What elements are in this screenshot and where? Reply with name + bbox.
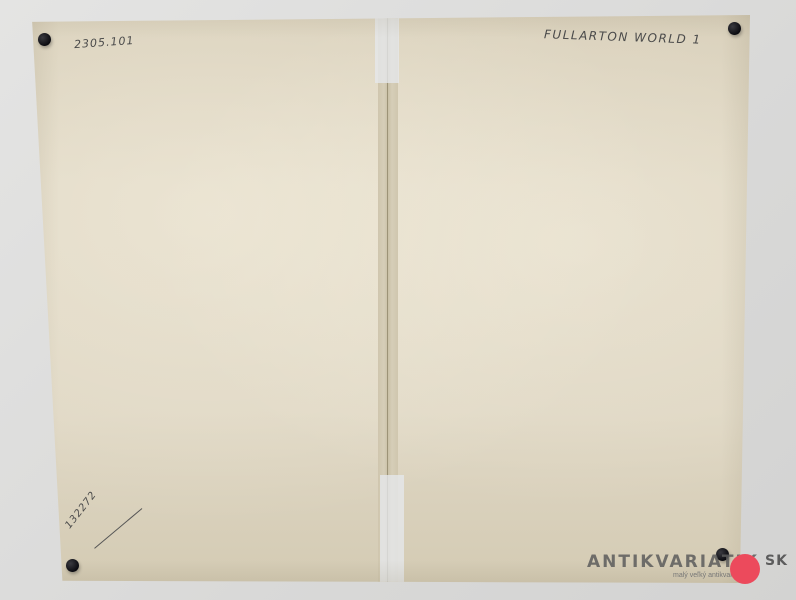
pin-top-left xyxy=(38,33,51,46)
center-fold xyxy=(378,15,398,583)
tape-strip-bottom xyxy=(380,475,404,583)
map-sheet-reverse xyxy=(30,15,750,583)
pin-bottom-left xyxy=(66,559,79,572)
watermark: ANTIKVARIATIK malý veľký antikvariát SK xyxy=(587,552,759,572)
tape-strip-top xyxy=(375,15,399,83)
watermark-tld: SK xyxy=(765,553,788,569)
fold-crease xyxy=(387,15,388,583)
watermark-dot-icon xyxy=(730,554,760,584)
pin-top-right xyxy=(728,22,741,35)
